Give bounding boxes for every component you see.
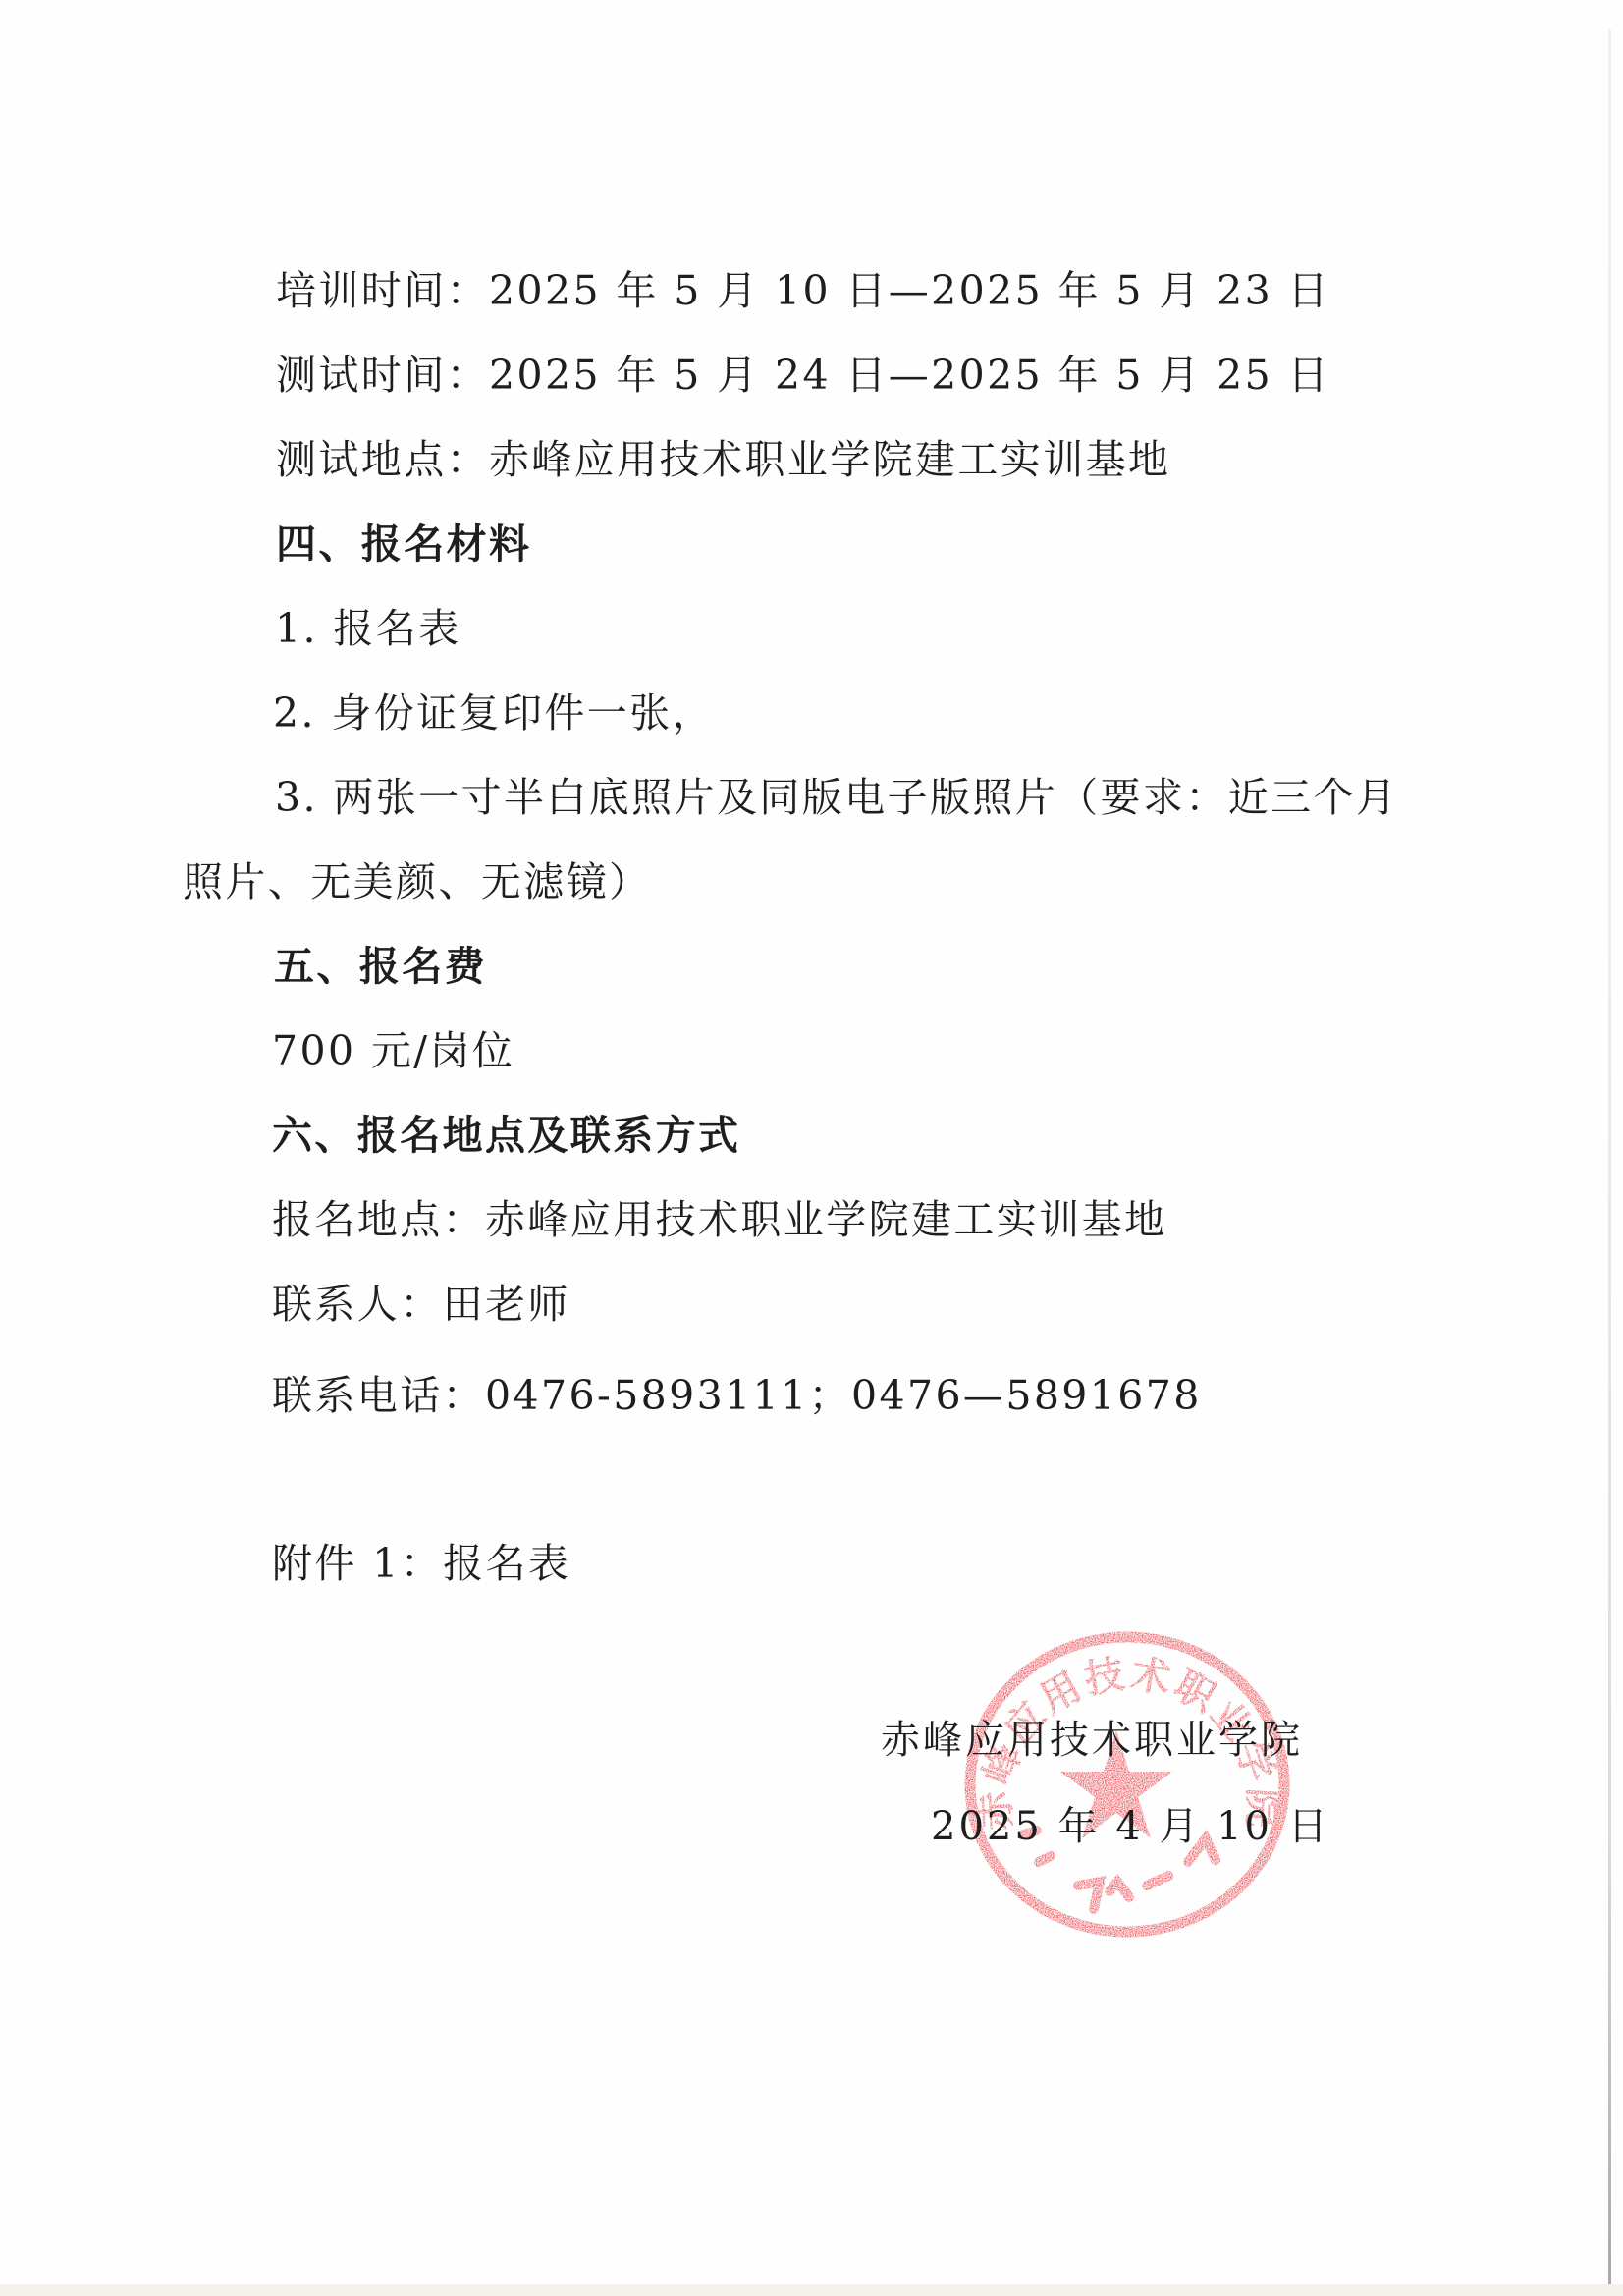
attachment-line: 附件 1：报名表 <box>272 1538 570 1589</box>
registration-location-line: 报名地点：赤峰应用技术职业学院建工实训基地 <box>272 1194 1166 1245</box>
materials-item-3-continuation: 照片、无美颜、无滤镜） <box>183 856 651 907</box>
official-seal-icon: 赤峰应用技术职业学院 <box>962 1628 1292 1941</box>
section-heading-materials: 四、报名材料 <box>276 519 531 570</box>
contact-phone-line: 联系电话：0476-5893111；0476—5891678 <box>272 1370 1202 1421</box>
materials-item-3: 3. 两张一寸半白底照片及同版电子版照片（要求：近三个月 <box>275 772 1398 823</box>
section-heading-contact: 六、报名地点及联系方式 <box>272 1110 740 1161</box>
contact-person-line: 联系人：田老师 <box>272 1279 570 1330</box>
materials-item-2: 2. 身份证复印件一张， <box>273 687 715 738</box>
training-time-line: 培训时间：2025 年 5 月 10 日—2025 年 5 月 23 日 <box>276 265 1330 316</box>
signature-date: 2025 年 4 月 10 日 <box>931 1801 1330 1852</box>
test-location-line: 测试地点：赤峰应用技术职业学院建工实训基地 <box>276 434 1170 485</box>
test-time-line: 测试时间：2025 年 5 月 24 日—2025 年 5 月 25 日 <box>276 350 1330 401</box>
scan-edge-bottom <box>0 2284 1623 2296</box>
materials-item-1: 1. 报名表 <box>275 603 461 654</box>
fee-value: 700 元/岗位 <box>272 1025 514 1076</box>
scan-edge-right <box>1608 29 1611 2288</box>
section-heading-fee: 五、报名费 <box>274 941 487 992</box>
document-page: 培训时间：2025 年 5 月 10 日—2025 年 5 月 23 日 测试时… <box>0 0 1623 2296</box>
signature-organization: 赤峰应用技术职业学院 <box>881 1715 1303 1766</box>
